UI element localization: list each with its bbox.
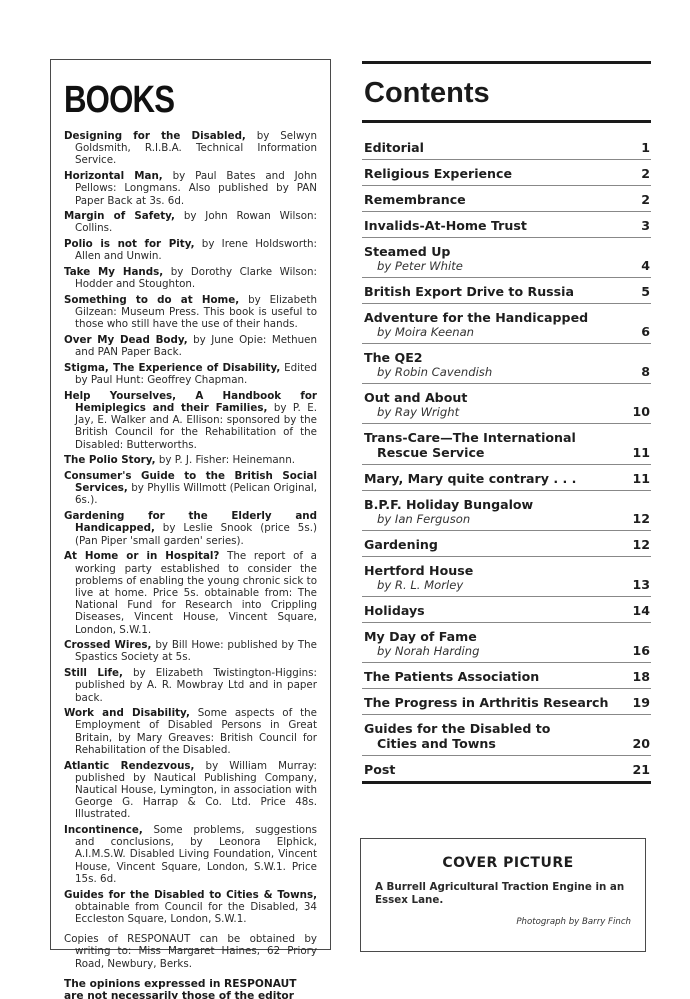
book-title: Crossed Wires, bbox=[64, 639, 151, 651]
book-entry: Crossed Wires, by Bill Howe: published b… bbox=[64, 639, 317, 663]
contents-heading: Contents bbox=[362, 64, 651, 120]
books-list: Designing for the Disabled, by Selwyn Go… bbox=[64, 130, 317, 925]
toc-page-number: 14 bbox=[632, 603, 650, 618]
toc-page-number: 18 bbox=[632, 669, 650, 684]
toc-page-number: 21 bbox=[632, 762, 650, 777]
toc-entry[interactable]: Editorial1 bbox=[362, 134, 651, 160]
toc-entry[interactable]: Out and Aboutby Ray Wright10 bbox=[362, 384, 651, 424]
book-title: Over My Dead Body, bbox=[64, 334, 188, 346]
toc-title: Post bbox=[364, 762, 651, 777]
copies-note: Copies of RESPONAUT can be obtained by w… bbox=[64, 933, 317, 970]
book-title: Guides for the Disabled to Cities & Town… bbox=[64, 889, 317, 901]
toc-title: Trans-Care—The International bbox=[364, 430, 651, 445]
toc-entry[interactable]: Post21 bbox=[362, 756, 651, 784]
book-title: Stigma, The Experience of Disability, bbox=[64, 362, 280, 374]
toc-author: by Peter White bbox=[364, 259, 651, 273]
toc-page-number: 6 bbox=[641, 324, 650, 339]
toc-title: British Export Drive to Russia bbox=[364, 284, 651, 299]
toc-page-number: 12 bbox=[632, 511, 650, 526]
books-heading: BOOKS bbox=[64, 80, 271, 120]
toc-page-number: 19 bbox=[632, 695, 650, 710]
toc-title: The Patients Association bbox=[364, 669, 651, 684]
book-entry: Work and Disability, Some aspects of the… bbox=[64, 707, 317, 756]
toc-title: Holidays bbox=[364, 603, 651, 618]
book-entry: Guides for the Disabled to Cities & Town… bbox=[64, 889, 317, 926]
book-entry: Over My Dead Body, by June Opie: Methuen… bbox=[64, 334, 317, 358]
book-entry: Horizontal Man, by Paul Bates and John P… bbox=[64, 170, 317, 207]
cover-heading: COVER PICTURE bbox=[375, 855, 631, 871]
toc-page-number: 20 bbox=[632, 736, 650, 751]
toc-page-number: 10 bbox=[632, 404, 650, 419]
toc-title: B.P.F. Holiday Bungalow bbox=[364, 497, 651, 512]
toc-page-number: 5 bbox=[641, 284, 650, 299]
book-entry: Consumer's Guide to the British Social S… bbox=[64, 470, 317, 507]
book-details: The report of a working party establishe… bbox=[75, 550, 317, 635]
toc-entry[interactable]: The Patients Association18 bbox=[362, 663, 651, 689]
toc-entry[interactable]: Holidays14 bbox=[362, 597, 651, 623]
toc-page-number: 2 bbox=[641, 192, 650, 207]
toc-entry[interactable]: The QE2by Robin Cavendish8 bbox=[362, 344, 651, 384]
toc-title: Invalids-At-Home Trust bbox=[364, 218, 651, 233]
toc-entry[interactable]: The Progress in Arthritis Research19 bbox=[362, 689, 651, 715]
books-panel: BOOKS Designing for the Disabled, by Sel… bbox=[50, 59, 331, 950]
cover-description: A Burrell Agricultural Traction Engine i… bbox=[375, 881, 631, 906]
toc-page-number: 8 bbox=[641, 364, 650, 379]
book-entry: Something to do at Home, by Elizabeth Gi… bbox=[64, 294, 317, 331]
toc-author: by Robin Cavendish bbox=[364, 365, 651, 379]
toc-title: Mary, Mary quite contrary . . . bbox=[364, 471, 651, 486]
book-entry: At Home or in Hospital? The report of a … bbox=[64, 550, 317, 635]
toc-title: Gardening bbox=[364, 537, 651, 552]
toc-entry[interactable]: Trans-Care—The InternationalRescue Servi… bbox=[362, 424, 651, 465]
opinion-note: The opinions expressed in RESPONAUT are … bbox=[64, 978, 317, 999]
toc-title: My Day of Fame bbox=[364, 629, 651, 644]
book-title: Designing for the Disabled, bbox=[64, 130, 246, 142]
book-title: At Home or in Hospital? bbox=[64, 550, 219, 562]
book-entry: Polio is not for Pity, by Irene Holdswor… bbox=[64, 238, 317, 262]
toc-entry[interactable]: B.P.F. Holiday Bungalowby Ian Ferguson12 bbox=[362, 491, 651, 531]
book-details: obtainable from Council for the Disabled… bbox=[75, 901, 317, 925]
toc-page-number: 11 bbox=[632, 471, 650, 486]
toc-entry[interactable]: Remembrance2 bbox=[362, 186, 651, 212]
toc-page-number: 3 bbox=[641, 218, 650, 233]
book-title: Work and Disability, bbox=[64, 707, 190, 719]
toc-page-number: 12 bbox=[632, 537, 650, 552]
book-entry: Stigma, The Experience of Disability, Ed… bbox=[64, 362, 317, 386]
toc-entry[interactable]: Gardening12 bbox=[362, 531, 651, 557]
toc-title: Remembrance bbox=[364, 192, 651, 207]
book-title: Atlantic Rendezvous, bbox=[64, 760, 194, 772]
book-entry: Help Yourselves, A Handbook for Hemipleg… bbox=[64, 390, 317, 451]
book-entry: Still Life, by Elizabeth Twistington-Hig… bbox=[64, 667, 317, 704]
toc-entry[interactable]: Steamed Upby Peter White4 bbox=[362, 238, 651, 278]
toc-page-number: 1 bbox=[641, 140, 650, 155]
toc-entry[interactable]: Guides for the Disabled toCities and Tow… bbox=[362, 715, 651, 756]
toc-title: Religious Experience bbox=[364, 166, 651, 181]
toc-author: by Norah Harding bbox=[364, 644, 651, 658]
toc-title: The Progress in Arthritis Research bbox=[364, 695, 651, 710]
book-entry: Atlantic Rendezvous, by William Murray: … bbox=[64, 760, 317, 821]
book-entry: Incontinence, Some problems, suggestions… bbox=[64, 824, 317, 885]
book-entry: Designing for the Disabled, by Selwyn Go… bbox=[64, 130, 317, 167]
book-entry: Margin of Safety, by John Rowan Wilson: … bbox=[64, 210, 317, 234]
book-title: Margin of Safety, bbox=[64, 210, 175, 222]
toc-author: by R. L. Morley bbox=[364, 578, 651, 592]
toc-title: Editorial bbox=[364, 140, 651, 155]
book-title: Polio is not for Pity, bbox=[64, 238, 195, 250]
book-title: Still Life, bbox=[64, 667, 123, 679]
toc-title: Adventure for the Handicapped bbox=[364, 310, 651, 325]
book-details: by P. J. Fisher: Heinemann. bbox=[156, 454, 295, 466]
book-title: The Polio Story, bbox=[64, 454, 156, 466]
toc-author: by Moira Keenan bbox=[364, 325, 651, 339]
contents-panel: Contents Editorial1Religious Experience2… bbox=[362, 61, 651, 784]
toc-entry[interactable]: Adventure for the Handicappedby Moira Ke… bbox=[362, 304, 651, 344]
toc-title: Steamed Up bbox=[364, 244, 651, 259]
book-title: Incontinence, bbox=[64, 824, 143, 836]
heading-rule bbox=[362, 120, 651, 123]
toc-author: by Ian Ferguson bbox=[364, 512, 651, 526]
toc-page-number: 11 bbox=[632, 445, 650, 460]
book-title: Something to do at Home, bbox=[64, 294, 239, 306]
toc-entry[interactable]: My Day of Fameby Norah Harding16 bbox=[362, 623, 651, 663]
book-title: Take My Hands, bbox=[64, 266, 163, 278]
toc-entry[interactable]: Mary, Mary quite contrary . . .11 bbox=[362, 465, 651, 491]
toc-title: Out and About bbox=[364, 390, 651, 405]
toc-title: Hertford House bbox=[364, 563, 651, 578]
toc-list: Editorial1Religious Experience2Remembran… bbox=[362, 134, 651, 784]
book-entry: Take My Hands, by Dorothy Clarke Wilson:… bbox=[64, 266, 317, 290]
toc-page-number: 16 bbox=[632, 643, 650, 658]
cover-credit: Photograph by Barry Finch bbox=[375, 917, 631, 927]
toc-author: by Ray Wright bbox=[364, 405, 651, 419]
book-entry: Gardening for the Elderly and Handicappe… bbox=[64, 510, 317, 547]
toc-entry[interactable]: Invalids-At-Home Trust3 bbox=[362, 212, 651, 238]
cover-picture-box: COVER PICTURE A Burrell Agricultural Tra… bbox=[360, 838, 646, 952]
toc-entry[interactable]: Religious Experience2 bbox=[362, 160, 651, 186]
toc-page-number: 13 bbox=[632, 577, 650, 592]
toc-entry[interactable]: Hertford Houseby R. L. Morley13 bbox=[362, 557, 651, 597]
toc-title: Guides for the Disabled to bbox=[364, 721, 651, 736]
toc-page-number: 2 bbox=[641, 166, 650, 181]
toc-page-number: 4 bbox=[641, 258, 650, 273]
book-title: Horizontal Man, bbox=[64, 170, 163, 182]
toc-entry[interactable]: British Export Drive to Russia5 bbox=[362, 278, 651, 304]
toc-title-continued: Cities and Towns bbox=[364, 736, 651, 751]
book-entry: The Polio Story, by P. J. Fisher: Heinem… bbox=[64, 454, 317, 466]
toc-title-continued: Rescue Service bbox=[364, 445, 651, 460]
toc-title: The QE2 bbox=[364, 350, 651, 365]
